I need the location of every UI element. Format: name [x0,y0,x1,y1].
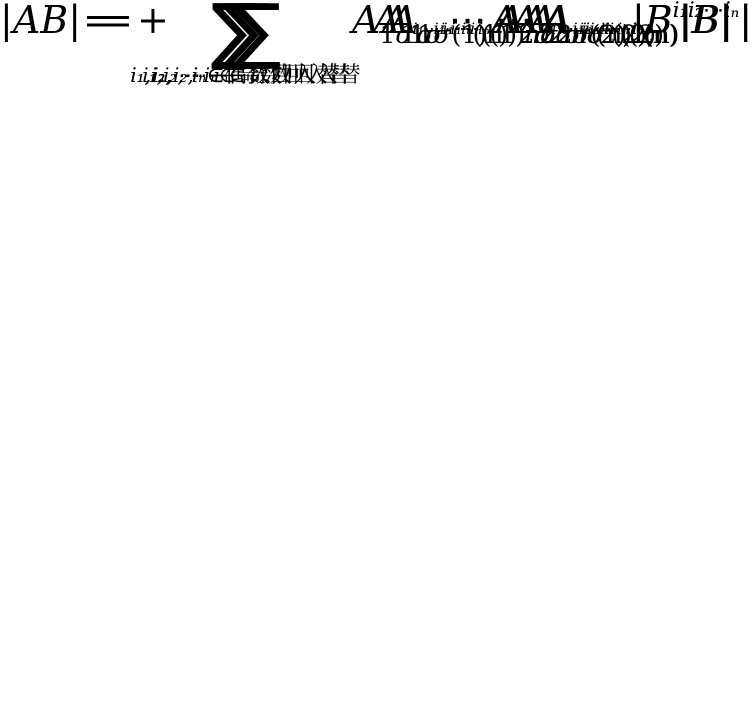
an-subscript: nσi₁⋯iₙ(n) [572,20,680,49]
var-B: B [692,0,720,42]
det-close-bar: | [720,0,733,42]
sigma-symbol: σ [588,20,605,49]
det-close-bar: | [739,0,752,42]
row-index: 1 [417,20,433,49]
odd-swaps-text: 奇数回入替 [247,63,362,88]
element-of-symbol: ∈ [228,65,247,87]
var-A: A [544,0,571,42]
lhs-open-bar: | [0,0,13,42]
cdots-symbol: ⋯ [496,0,534,42]
var-A: A [390,0,417,42]
equals-operator: = [83,0,115,42]
perm-arg: (n) [644,20,680,49]
formula-canvas: |AB| = ∑ i₁,i₂,⋯iₙ∈偶数回入替 A1σi₁⋯iₙ(1)A2σi… [0,0,756,703]
row-index-n: n [572,20,588,49]
lhs-close-bar: | [68,0,81,42]
sigma-symbol: σ [433,20,450,49]
product-term-an: Anσi₁⋯iₙ(n) [544,0,679,42]
continuation-line4: ⋯Anσi₁⋯iₙ(n)|B| [496,0,733,47]
lhs-matrix-product: AB [13,0,68,42]
sigma-sup-indices: i₁⋯iₙ [450,19,489,38]
sum-indices: i₁,i₂,⋯iₙ [152,63,228,87]
sum-odd-2: ∑ i₁,i₂,⋯iₙ∈奇数回入替 [140,0,374,89]
sum-symbol: ∑ [233,0,282,60]
sum-label-odd: i₁,i₂,⋯iₙ∈奇数回入替 [152,63,362,89]
det-open-bar: | [679,0,692,42]
equals-sign: = [83,0,115,42]
sigma-sup-indices: i₁⋯iₙ [605,19,644,38]
